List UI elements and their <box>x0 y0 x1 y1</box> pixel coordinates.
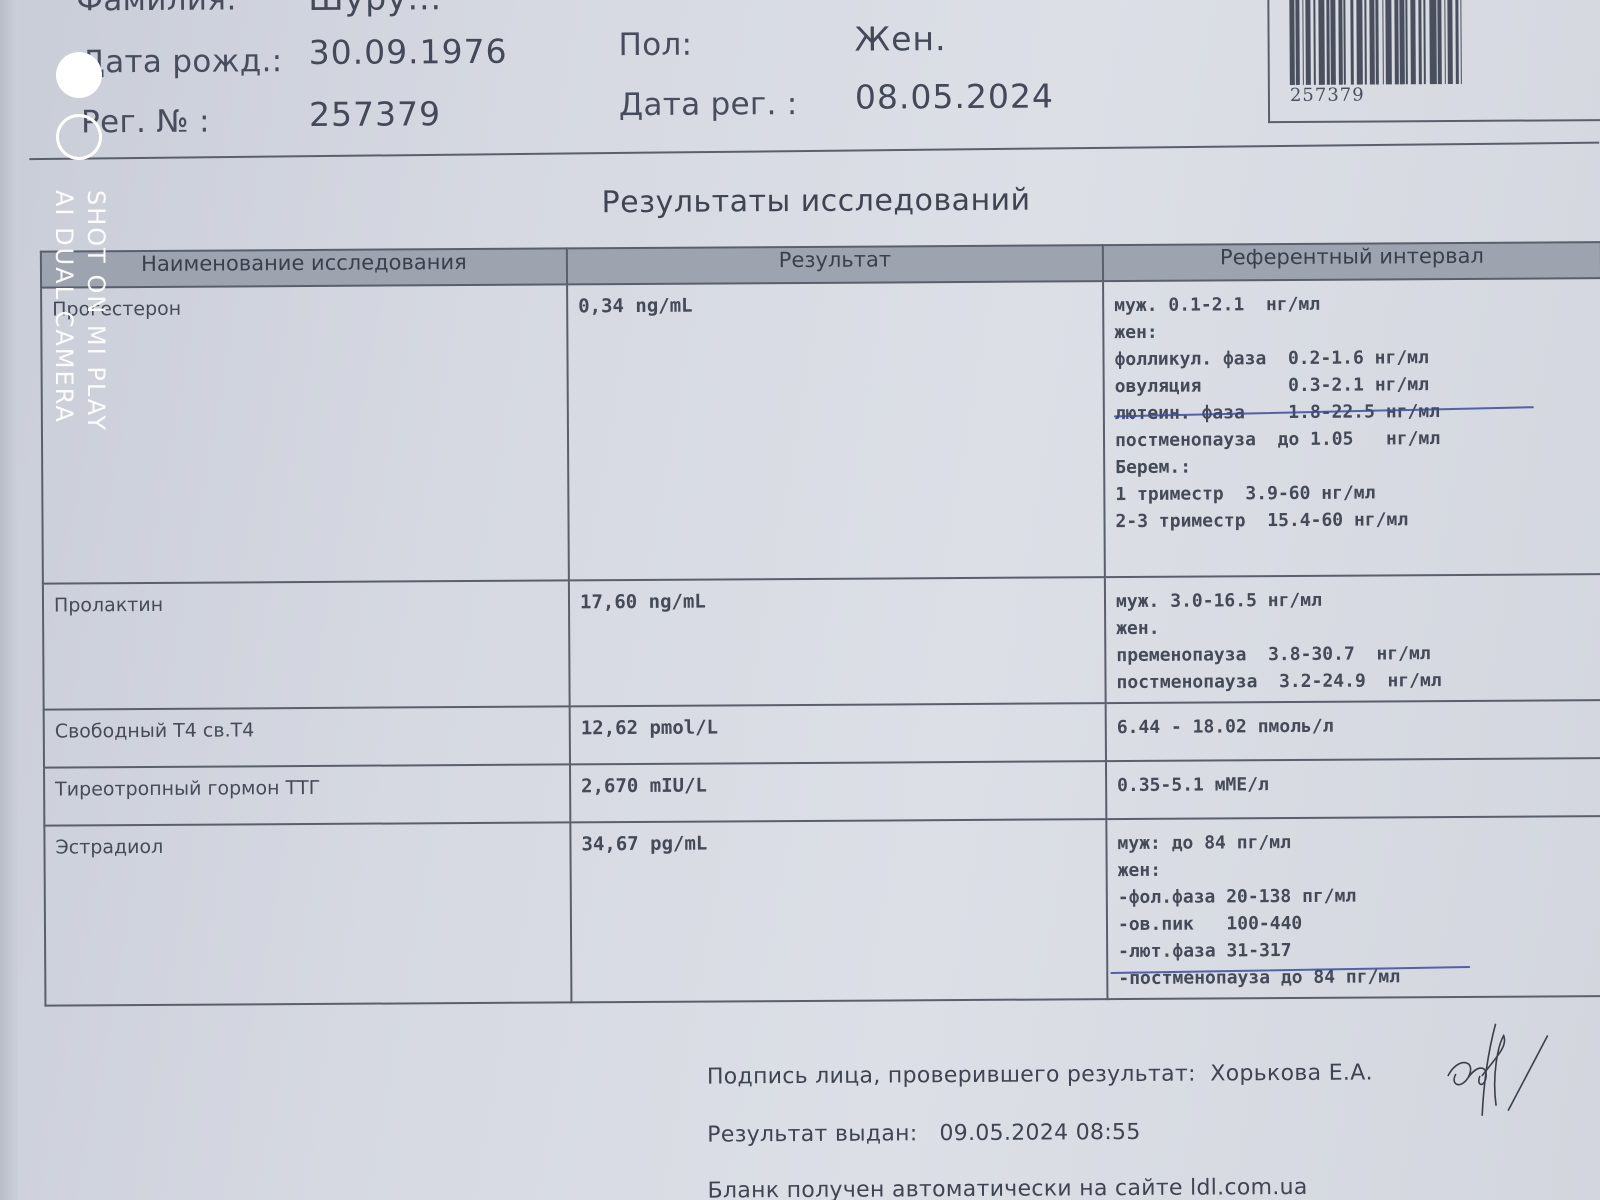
dob-label: Дата рожд.: <box>81 43 283 80</box>
surname-label: Фамилия: <box>76 0 237 18</box>
table-row: Эстрадиол 34,67 pg/mL муж: до 84 пг/мл ж… <box>44 816 1600 1006</box>
camera-dot-ring-icon <box>56 114 102 160</box>
sex-label: Пол: <box>618 27 692 63</box>
lab-report-page: Фамилия: Шуру... Дата рожд.: 30.09.1976 … <box>0 0 1600 1200</box>
reference-line: -ов.пик 100-440 <box>1118 908 1596 938</box>
signature-line: Подпись лица, проверившего результат: Хо… <box>707 1061 1373 1090</box>
test-name: Свободный Т4 св.Т4 <box>44 706 570 767</box>
test-result: 2,670 mIU/L <box>570 761 1106 822</box>
barcode-box: 257379 <box>1267 0 1600 123</box>
test-result: 34,67 pg/mL <box>570 819 1107 1002</box>
barcode-number: 257379 <box>1290 85 1365 106</box>
reference-line: пременопауза 3.8-30.7 нг/мл <box>1116 639 1594 669</box>
dob-value: 30.09.1976 <box>309 32 508 72</box>
table-row: Пролактин 17,60 ng/mL муж. 3.0-16.5 нг/м… <box>43 574 1600 710</box>
reference-line: фолликул. фаза 0.2-1.6 нг/мл <box>1114 343 1592 373</box>
test-name: Тиреотропный гормон ТТГ <box>44 764 570 825</box>
barcode <box>1289 0 1465 85</box>
reference-line: -постменопауза до 84 пг/мл <box>1118 962 1596 992</box>
reference-interval: 0.35-5.1 мМЕ/л <box>1106 758 1600 819</box>
table-row: Тиреотропный гормон ТТГ 2,670 mIU/L 0.35… <box>44 758 1600 826</box>
test-name: Прогестерон <box>41 284 569 583</box>
test-result: 0,34 ng/mL <box>567 281 1105 580</box>
reference-line: -фол.фаза 20-138 пг/мл <box>1118 881 1596 911</box>
surname-value: Шуру... <box>308 0 442 18</box>
results-table: Наименование исследования Результат Рефе… <box>40 241 1600 1007</box>
column-header-result: Результат <box>567 245 1103 284</box>
signature-name: Хорькова Е.А. <box>1210 1061 1373 1087</box>
reg-date-value: 08.05.2024 <box>855 76 1054 116</box>
reg-date-label: Дата рег. : <box>619 86 798 123</box>
reference-line: жен: <box>1114 316 1592 346</box>
camera-dot-filled-icon <box>56 52 102 98</box>
reference-line: 6.44 - 18.02 пмоль/л <box>1117 711 1595 741</box>
reference-line: жен. <box>1116 612 1594 642</box>
reference-line: -лют.фаза 31-317 <box>1118 935 1596 965</box>
reference-line: 0.35-5.1 мМЕ/л <box>1117 769 1595 799</box>
test-name: Эстрадиол <box>44 822 571 1005</box>
handwritten-signature <box>1438 1015 1569 1126</box>
header-divider <box>29 142 1599 160</box>
table-row: Прогестерон 0,34 ng/mL муж. 0.1-2.1 нг/м… <box>41 278 1600 584</box>
watermark-line-1: SHOT ON MI PLAY <box>82 190 110 432</box>
reference-line: муж: до 84 пг/мл <box>1117 827 1595 857</box>
reference-line: постменопауза 3.2-24.9 нг/мл <box>1116 666 1594 696</box>
table-row: Свободный Т4 св.Т4 12,62 pmol/L 6.44 - 1… <box>44 700 1600 768</box>
reference-interval: муж. 0.1-2.1 нг/мл жен: фолликул. фаза 0… <box>1103 278 1600 577</box>
reference-line: овуляция 0.3-2.1 нг/мл <box>1115 370 1593 400</box>
issued-line: Результат выдан: 09.05.2024 08:55 <box>707 1120 1140 1148</box>
sex-value: Жен. <box>854 19 946 59</box>
reference-line: постменопауза до 1.05 нг/мл <box>1115 424 1593 454</box>
column-header-test-name: Наименование исследования <box>41 248 567 287</box>
reference-interval: 6.44 - 18.02 пмоль/л <box>1106 700 1600 761</box>
reference-line: 2-3 триместр 15.4-60 нг/мл <box>1115 505 1593 535</box>
auto-generated-note: Бланк получен автоматически на сайте ldl… <box>708 1175 1308 1200</box>
test-result: 17,60 ng/mL <box>569 577 1106 706</box>
reference-line: жен: <box>1118 854 1596 884</box>
issued-label: Результат выдан: <box>707 1121 917 1147</box>
reference-line: муж. 3.0-16.5 нг/мл <box>1116 585 1594 615</box>
reg-no-value: 257379 <box>309 94 441 134</box>
watermark-line-2: AI DUAL CAMERA <box>50 190 78 424</box>
reference-line: 1 триместр 3.9-60 нг/мл <box>1115 478 1593 508</box>
column-header-reference: Референтный интервал <box>1103 242 1600 281</box>
reference-line: муж. 0.1-2.1 нг/мл <box>1114 289 1592 319</box>
reference-interval: муж. 3.0-16.5 нг/мл жен. пременопауза 3.… <box>1105 574 1600 703</box>
page-title: Результаты исследований <box>601 183 1030 221</box>
signature-label: Подпись лица, проверившего результат: <box>707 1062 1196 1090</box>
reference-line: Берем.: <box>1115 451 1593 481</box>
test-result: 12,62 pmol/L <box>570 703 1106 764</box>
issued-value: 09.05.2024 08:55 <box>939 1120 1140 1146</box>
camera-watermark: SHOT ON MI PLAYAI DUAL CAMERA <box>48 190 112 432</box>
test-name: Пролактин <box>43 580 570 709</box>
